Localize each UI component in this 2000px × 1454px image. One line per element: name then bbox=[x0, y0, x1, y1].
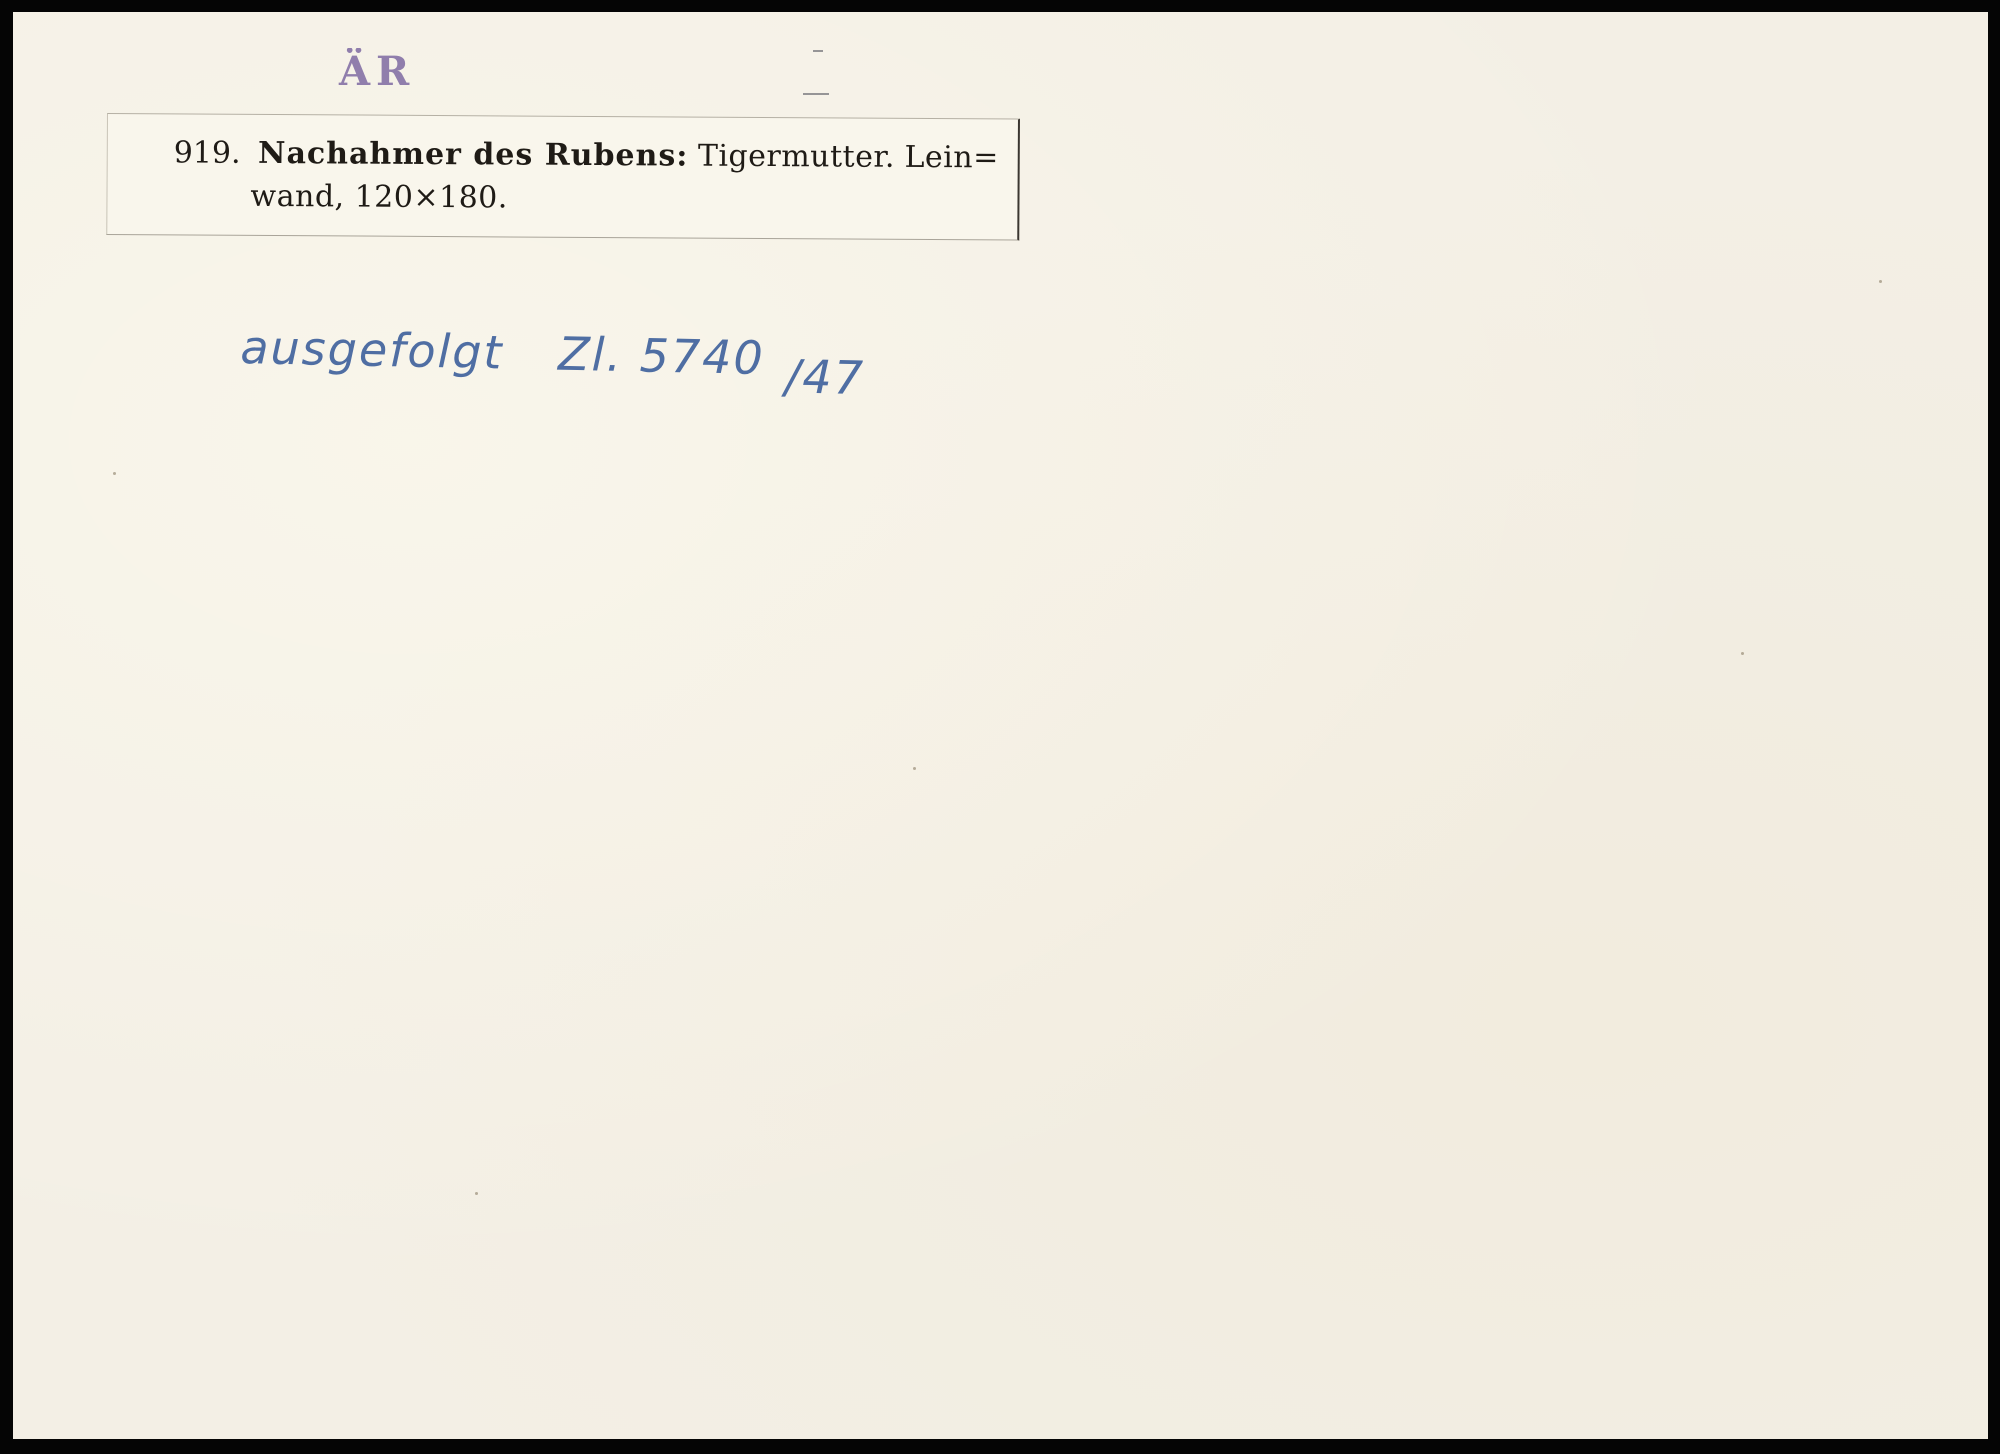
medium-start: Lein= bbox=[904, 140, 998, 176]
artwork-title: Tigermutter. bbox=[698, 139, 895, 175]
scanned-document: ÄR 919. Nachahmer des Rubens: Tigermutte… bbox=[0, 0, 2000, 1454]
purple-stamp: ÄR bbox=[339, 48, 415, 95]
printed-catalogue-label: 919. Nachahmer des Rubens: Tigermutter. … bbox=[106, 113, 1020, 241]
paper-speck bbox=[1879, 280, 1882, 283]
label-line-1: 919. Nachahmer des Rubens: Tigermutter. … bbox=[174, 135, 999, 175]
catalogue-card: ÄR 919. Nachahmer des Rubens: Tigermutte… bbox=[13, 12, 1988, 1439]
medium-dimensions: wand, 120×180. bbox=[250, 179, 508, 216]
pencil-mark bbox=[813, 50, 823, 52]
paper-speck bbox=[113, 472, 116, 475]
handwritten-reference: Zl. 5740 bbox=[558, 327, 766, 385]
label-line-2: wand, 120×180. bbox=[250, 179, 508, 216]
handwritten-year: /47 bbox=[784, 349, 865, 405]
catalogue-number: 919. bbox=[174, 135, 241, 170]
handwritten-word: ausgefolgt bbox=[240, 320, 504, 379]
pencil-mark bbox=[803, 93, 829, 95]
handwritten-note: ausgefolgt Zl. 5740 /47 bbox=[240, 320, 866, 387]
paper-speck bbox=[475, 1192, 478, 1195]
artist-attribution: Nachahmer des Rubens: bbox=[258, 136, 688, 174]
paper-speck bbox=[1741, 652, 1744, 655]
paper-speck bbox=[913, 767, 916, 770]
